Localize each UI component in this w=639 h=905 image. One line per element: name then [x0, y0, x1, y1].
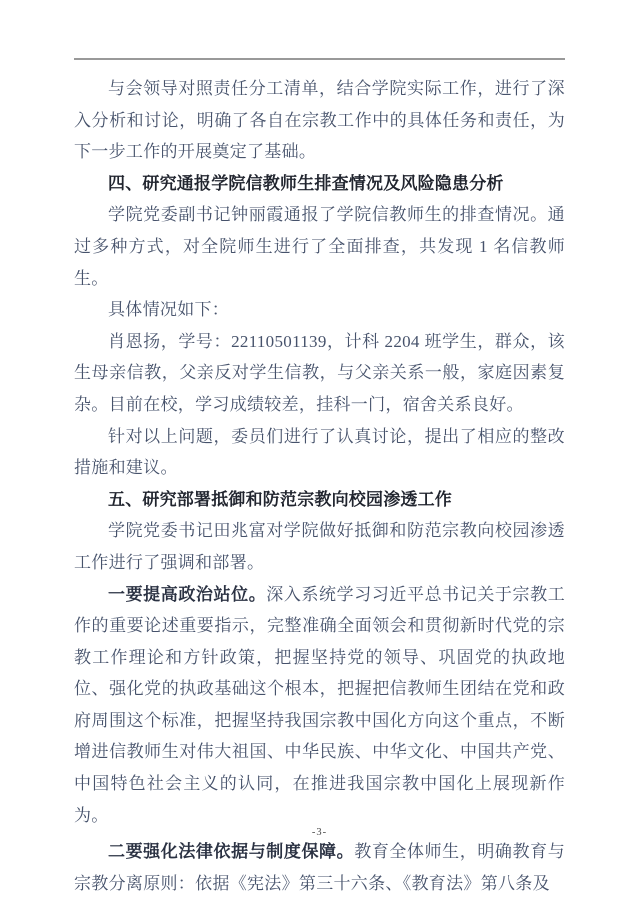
header-rule	[74, 58, 565, 60]
page-number: -3-	[0, 827, 639, 838]
paragraph: 具体情况如下：	[74, 294, 565, 326]
paragraph: 针对以上问题，委员们进行了认真讨论，提出了相应的整改措施和建议。	[74, 421, 565, 484]
paragraph-lead-bold: 二要强化法律依据与制度保障。	[108, 842, 354, 861]
section-heading: 五、研究部署抵御和防范宗教向校园渗透工作	[74, 484, 565, 516]
paragraph: 学院党委书记田兆富对学院做好抵御和防范宗教向校园渗透工作进行了强调和部署。	[74, 515, 565, 578]
paragraph-lead-bold: 一要提高政治站位。	[108, 585, 266, 604]
paragraph: 与会领导对照责任分工清单，结合学院实际工作，进行了深入分析和讨论，明确了各自在宗…	[74, 73, 565, 168]
section-heading: 四、研究通报学院信教师生排查情况及风险隐患分析	[74, 168, 565, 200]
paragraph: 二要强化法律依据与制度保障。教育全体师生，明确教育与宗教分离原则：依据《宪法》第…	[74, 836, 565, 899]
document-page: 与会领导对照责任分工清单，结合学院实际工作，进行了深入分析和讨论，明确了各自在宗…	[0, 0, 639, 905]
paragraph: 肖恩扬，学号：22110501139，计科 2204 班学生，群众，该生母亲信教…	[74, 326, 565, 421]
document-body: 与会领导对照责任分工清单，结合学院实际工作，进行了深入分析和讨论，明确了各自在宗…	[74, 73, 565, 899]
paragraph: 一要提高政治站位。深入系统学习习近平总书记关于宗教工作的重要论述重要指示，完整准…	[74, 579, 565, 832]
paragraph: 学院党委副书记钟丽霞通报了学院信教师生的排查情况。通过多种方式，对全院师生进行了…	[74, 199, 565, 294]
